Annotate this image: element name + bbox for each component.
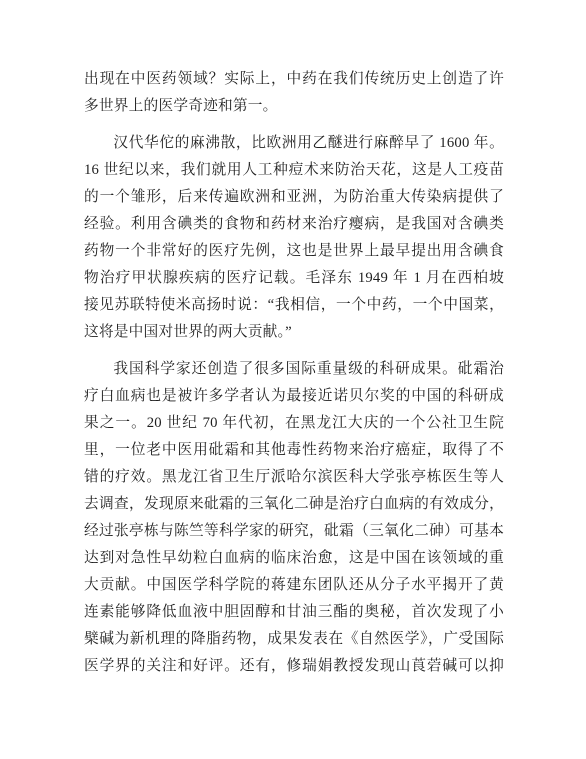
text-line: 经验。利用含碘类的食物和药材来治疗瘿病，是我国对含碘类 [84, 211, 504, 238]
text-line: 汉代华佗的麻沸散，比欧洲用乙醚进行麻醉早了 1600 年。 [84, 130, 504, 157]
text-line: 接见苏联特使米高扬时说：“我相信，一个中药，一个中国菜， [84, 292, 504, 319]
text-line: 我国科学家还创造了很多国际重量级的科研成果。砒霜治 [84, 356, 504, 383]
text-line: 医学界的关注和好评。还有，修瑞娟教授发现山莨菪碱可以抑 [84, 653, 504, 680]
text-line: 16 世纪以来，我们就用人工种痘术来防治天花，这是人工疫苗 [84, 157, 504, 184]
text-line: 檗碱为新机理的降脂药物，成果发表在《自然医学》，广受国际 [84, 626, 504, 653]
text-line: 果之一。20 世纪 70 年代初，在黑龙江大庆的一个公社卫生院 [84, 410, 504, 437]
paragraph: 我国科学家还创造了很多国际重量级的科研成果。砒霜治疗白血病也是被许多学者认为最接… [84, 356, 504, 680]
body-text: 出现在中医药领域？实际上，中药在我们传统历史上创造了许多世界上的医学奇迹和第一。… [84, 66, 504, 680]
text-line: 里，一位老中医用砒霜和其他毒性药物来治疗癌症，取得了不 [84, 437, 504, 464]
text-line: 药物一个非常好的医疗先例，这也是世界上最早提出用含碘食 [84, 238, 504, 265]
text-line: 的一个雏形，后来传遍欧洲和亚洲，为防治重大传染病提供了 [84, 184, 504, 211]
text-line: 疗白血病也是被许多学者认为最接近诺贝尔奖的中国的科研成 [84, 383, 504, 410]
text-line: 连素能够降低血液中胆固醇和甘油三酯的奥秘，首次发现了小 [84, 599, 504, 626]
text-line: 多世界上的医学奇迹和第一。 [84, 93, 504, 120]
paragraph: 汉代华佗的麻沸散，比欧洲用乙醚进行麻醉早了 1600 年。16 世纪以来，我们就… [84, 130, 504, 346]
text-line: 大贡献。中国医学科学院的蒋建东团队还从分子水平揭开了黄 [84, 572, 504, 599]
text-line: 错的疗效。黑龙江省卫生厅派哈尔滨医科大学张亭栋医生等人 [84, 464, 504, 491]
book-page: 出现在中医药领域？实际上，中药在我们传统历史上创造了许多世界上的医学奇迹和第一。… [0, 0, 586, 759]
text-line: 这将是中国对世界的两大贡献。” [84, 319, 504, 346]
paragraph: 出现在中医药领域？实际上，中药在我们传统历史上创造了许多世界上的医学奇迹和第一。 [84, 66, 504, 120]
text-line: 达到对急性早幼粒白血病的临床治愈，这是中国在该领域的重 [84, 545, 504, 572]
text-line: 出现在中医药领域？实际上，中药在我们传统历史上创造了许 [84, 66, 504, 93]
text-line: 物治疗甲状腺疾病的医疗记载。毛泽东 1949 年 1 月在西柏坡 [84, 265, 504, 292]
text-line: 去调查，发现原来砒霜的三氧化二砷是治疗白血病的有效成分， [84, 491, 504, 518]
text-line: 经过张亭栋与陈竺等科学家的研究，砒霜（三氧化二砷）可基本 [84, 518, 504, 545]
